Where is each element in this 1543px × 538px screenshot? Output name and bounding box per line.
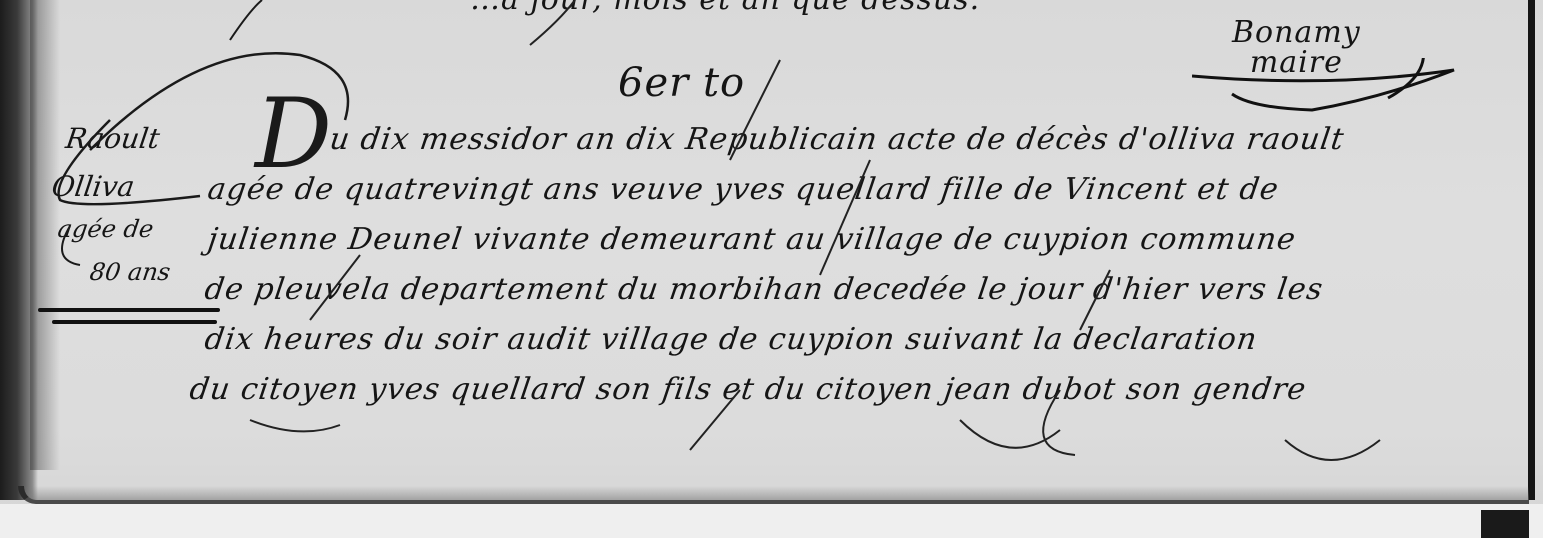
margin-firstname: Olliva bbox=[50, 170, 137, 203]
right-border-foot bbox=[1481, 510, 1529, 538]
margin-rule-2 bbox=[52, 320, 217, 324]
right-border-strip bbox=[1528, 0, 1535, 500]
scan-background bbox=[0, 504, 1543, 538]
margin-age-value: 80 ans bbox=[88, 258, 172, 286]
signature-name: Bonamy bbox=[1232, 18, 1361, 48]
body-line-6: du citoyen yves quellard son fils et du … bbox=[188, 372, 1309, 407]
margin-rule-1 bbox=[38, 308, 220, 312]
signature-flourish bbox=[1192, 58, 1462, 118]
page-bottom-edge bbox=[18, 486, 1529, 504]
gutter-shadow bbox=[30, 0, 60, 470]
body-line-3: julienne Deunel vivante demeurant au vil… bbox=[206, 222, 1299, 257]
record-number: 6er to bbox=[618, 60, 745, 106]
previous-record-fragment: …a jour, mois et an que dessus. bbox=[470, 0, 980, 17]
body-line-1: u dix messidor an dix Republicain acte d… bbox=[328, 122, 1347, 157]
register-page: …a jour, mois et an que dessus. 6er to B… bbox=[0, 0, 1543, 538]
margin-surname: Raoult bbox=[64, 122, 162, 155]
margin-age-label: agée de bbox=[56, 215, 155, 243]
body-line-2: agée de quatrevingt ans veuve yves quell… bbox=[206, 172, 1282, 207]
body-line-5: dix heures du soir audit village de cuyp… bbox=[203, 322, 1260, 357]
body-line-4: de pleuvela departement du morbihan dece… bbox=[203, 272, 1326, 307]
